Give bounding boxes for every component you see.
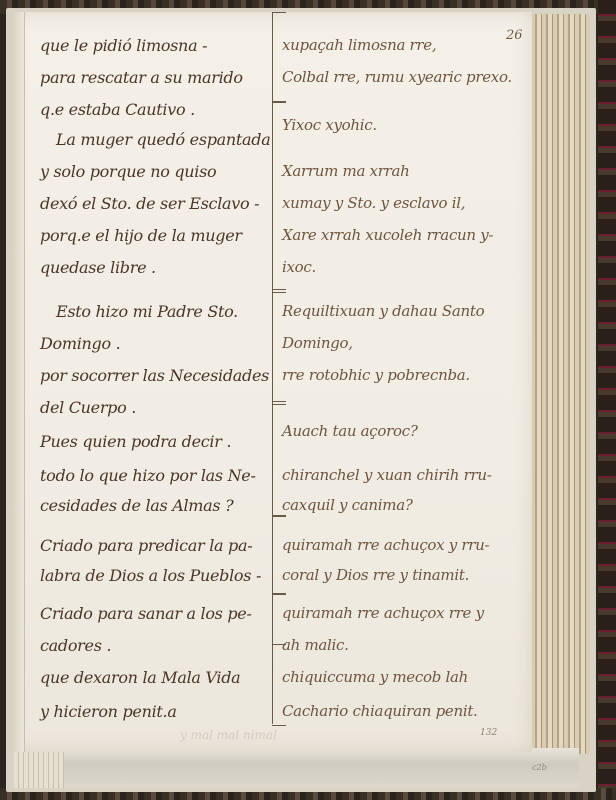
kiche-line: quiramah rre achuçox y rru- — [282, 536, 489, 554]
kiche-line: Xarrum ma xrrah — [282, 162, 409, 180]
spanish-line: todo lo que hizo por las Ne- — [40, 466, 256, 485]
kiche-line: chiranchel y xuan chirih rru- — [282, 466, 492, 484]
manuscript-page: 26 que le pidió limosna - para rescatar … — [10, 12, 532, 752]
spanish-line: y solo porque no quiso — [40, 162, 216, 181]
kiche-line: Auach tau açoroc? — [282, 422, 418, 440]
kiche-line: Colbal rre, rumu xyearic prexo. — [282, 68, 512, 86]
spanish-line: dexó el Sto. de ser Esclavo - — [40, 194, 259, 213]
spanish-line: por socorrer las Necesidades — [40, 366, 269, 385]
kiche-line: Cachario chiaquiran penit. — [282, 702, 478, 720]
spanish-line: porq.e el hijo de la muger — [40, 226, 242, 245]
page-edges-bottom — [14, 748, 579, 788]
spanish-line: Domingo . — [40, 334, 120, 353]
spanish-line: que dexaron la Mala Vida — [40, 668, 240, 687]
kiche-line: ah malic. — [282, 636, 349, 654]
spanish-line: q.e estaba Cautivo . — [40, 100, 195, 119]
spanish-line: cesidades de las Almas ? — [40, 496, 233, 515]
page-edges-bottom-left — [14, 748, 64, 788]
spanish-line: Criado para sanar a los pe- — [40, 604, 252, 623]
kiche-line: quiramah rre achuçox rre y — [282, 604, 484, 622]
folio-number: 26 — [506, 28, 523, 43]
footer-stamp: 132 — [480, 728, 497, 738]
spanish-line: y hicieron penit.a — [40, 702, 177, 721]
spanish-line: cadores . — [40, 636, 111, 655]
kiche-line: caxquil y canima? — [282, 496, 413, 514]
kiche-line: xumay y Sto. y esclavo il, — [282, 194, 465, 212]
kiche-line: ixoc. — [282, 258, 316, 276]
spanish-line: quedase libre . — [40, 258, 156, 277]
edge-mark: c2b — [532, 763, 547, 772]
spanish-line: labra de Dios a los Pueblos - — [40, 566, 261, 585]
kiche-line: Xare xrrah xucoleh rracun y- — [282, 226, 493, 244]
spanish-line: para rescatar a su marido — [40, 68, 243, 87]
spanish-line: del Cuerpo . — [40, 398, 136, 417]
spanish-line: Pues quien podra decir . — [40, 432, 231, 451]
kiche-line: Domingo, — [282, 334, 353, 352]
book-binding-right — [598, 0, 616, 800]
spanish-line: La muger quedó espantada — [56, 130, 270, 149]
spanish-line: que le pidió limosna - — [40, 36, 207, 55]
kiche-line: chiquiccuma y mecob lah — [282, 668, 468, 686]
bracket-1 — [272, 12, 286, 102]
bleed-through-text: y mal mal nimal — [180, 728, 277, 742]
kiche-line: rre rotobhic y pobrecnba. — [282, 366, 470, 384]
spanish-line: Criado para predicar la pa- — [40, 536, 252, 555]
kiche-line: Yixoc xyohic. — [282, 116, 377, 134]
kiche-line: Requiltixuan y dahau Santo — [282, 302, 484, 320]
kiche-line: coral y Dios rre y tinamit. — [282, 566, 469, 584]
kiche-line: xupaçah limosna rre, — [282, 36, 436, 54]
spanish-line: Esto hizo mi Padre Sto. — [56, 302, 238, 321]
page-gutter — [10, 12, 25, 752]
